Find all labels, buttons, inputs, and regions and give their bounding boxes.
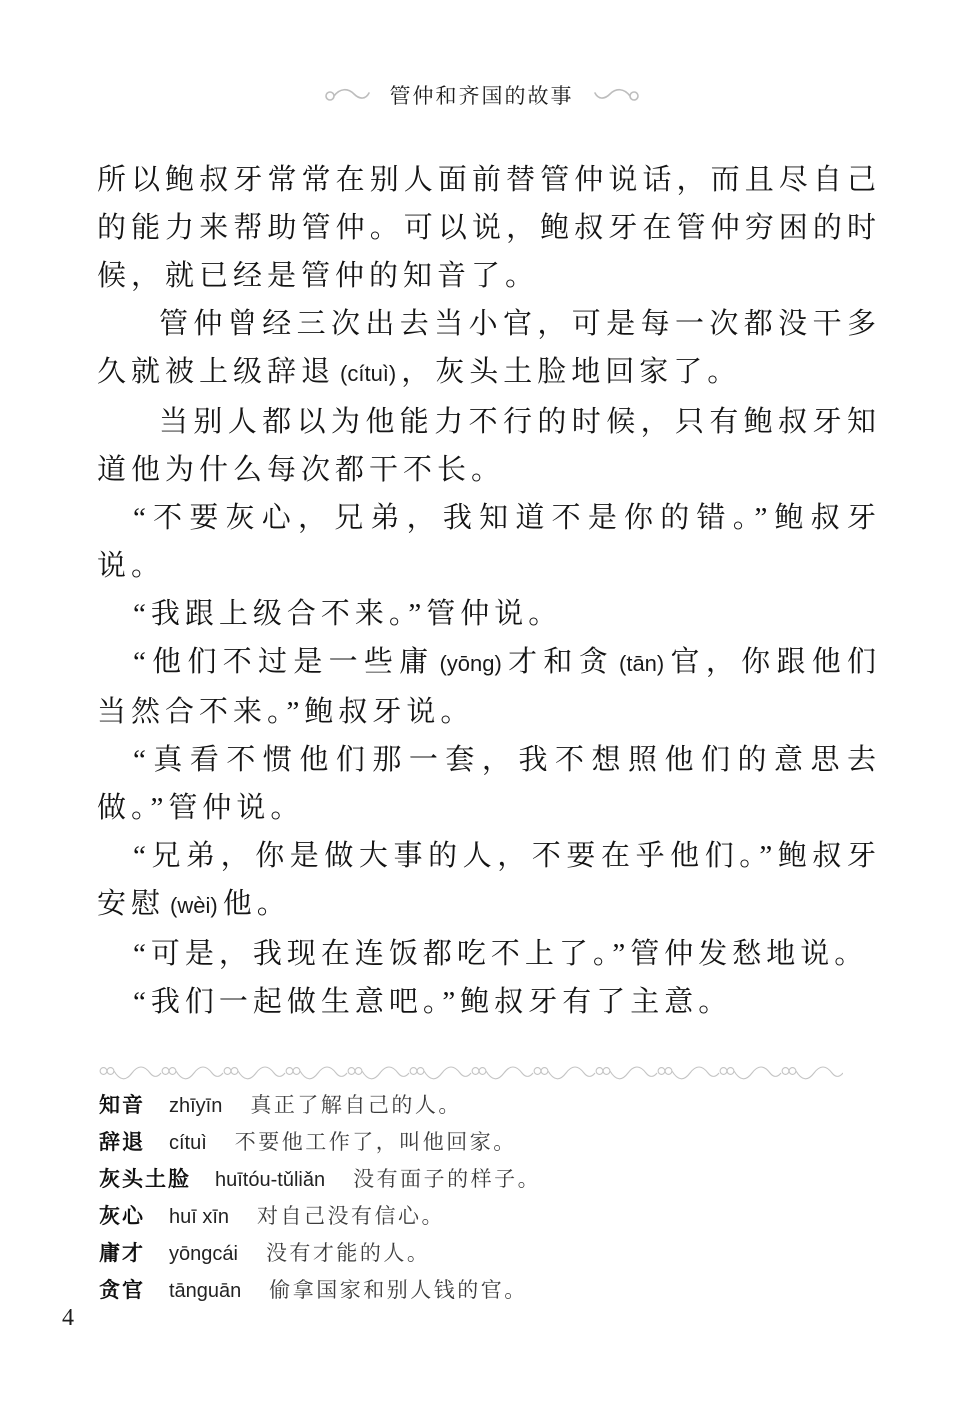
flourish-left-icon (324, 85, 372, 105)
glossary-definition: 真正了解自己的人。 (250, 1093, 462, 1117)
glossary-pinyin: tānguān (169, 1280, 241, 1302)
glossary: 知音zhīyīn真正了解自己的人。 辞退cítuì不要他工作了，叫他回家。 灰头… (99, 1088, 879, 1310)
inline-pinyin: (tān) (619, 651, 664, 676)
glossary-entry: 辞退cítuì不要他工作了，叫他回家。 (99, 1125, 879, 1162)
paragraph-text: ，灰头土脸地回家了。 (401, 356, 741, 388)
glossary-term: 灰心 (99, 1205, 145, 1228)
glossary-entry: 贪官tānguān偷拿国家和别人钱的官。 (99, 1273, 879, 1310)
book-page: 管仲和齐国的故事 所以鲍叔牙常常在别人面前替管仲说话，而且尽自己的能力来帮助管仲… (0, 0, 963, 1401)
glossary-definition: 没有才能的人。 (266, 1241, 431, 1265)
glossary-entry: 庸才yōngcái没有才能的人。 (99, 1236, 879, 1273)
paragraph-text: 所以鲍叔牙常常在别人面前替管仲说话，而且尽自己的能力来帮助管仲。可以说，鲍叔牙在… (97, 164, 881, 292)
glossary-term: 庸才 (99, 1242, 145, 1265)
paragraph-text: “不要灰心，兄弟，我知道不是你的错。”鲍叔牙说。 (97, 502, 881, 582)
inline-pinyin: (yōng) (439, 651, 501, 676)
page-number: 4 (62, 1305, 74, 1332)
glossary-pinyin: yōngcái (169, 1243, 238, 1265)
glossary-term: 知音 (99, 1094, 145, 1117)
glossary-definition: 偷拿国家和别人钱的官。 (269, 1278, 528, 1302)
paragraph-text: “我们一起做生意吧。”鲍叔牙有了主意。 (133, 986, 732, 1018)
page-title: 管仲和齐国的故事 (390, 80, 574, 110)
paragraph-text: 当别人都以为他能力不行的时候，只有鲍叔牙知道他为什么每次都干不长。 (97, 406, 881, 486)
story-paragraph: “可是，我现在连饭都吃不上了。”管仲发愁地说。 (97, 930, 881, 978)
flourish-right-icon (592, 85, 640, 105)
glossary-pinyin: zhīyīn (169, 1095, 222, 1117)
glossary-pinyin: huītóu-tǔliǎn (215, 1169, 325, 1191)
paragraph-text: “他们不过是一些庸 (133, 646, 434, 678)
glossary-term: 辞退 (99, 1131, 145, 1154)
paragraph-text: 他。 (223, 888, 291, 920)
story-paragraph: “兄弟，你是做大事的人，不要在乎他们。”鲍叔牙安慰(wèi)他。 (97, 832, 881, 930)
glossary-entry: 灰心huī xīn对自己没有信心。 (99, 1199, 879, 1236)
paragraph-text: “可是，我现在连饭都吃不上了。”管仲发愁地说。 (133, 938, 868, 970)
story-text: 所以鲍叔牙常常在别人面前替管仲说话，而且尽自己的能力来帮助管仲。可以说，鲍叔牙在… (97, 156, 881, 1026)
story-paragraph: “我跟上级合不来。”管仲说。 (97, 590, 881, 638)
glossary-definition: 没有面子的样子。 (353, 1167, 541, 1191)
glossary-term: 贪官 (99, 1279, 145, 1302)
glossary-entry: 知音zhīyīn真正了解自己的人。 (99, 1088, 879, 1125)
paragraph-text: “我跟上级合不来。”管仲说。 (133, 598, 562, 630)
story-paragraph: 当别人都以为他能力不行的时候，只有鲍叔牙知道他为什么每次都干不长。 (97, 398, 881, 494)
divider-ornament-icon (99, 1062, 843, 1084)
story-paragraph: “他们不过是一些庸(yōng)才和贪(tān)官，你跟他们当然合不来。”鲍叔牙说… (97, 638, 881, 736)
glossary-pinyin: cítuì (169, 1132, 207, 1154)
inline-pinyin: (cítuì) (340, 361, 396, 386)
paragraph-text: 才和贪 (507, 646, 614, 678)
page-header: 管仲和齐国的故事 (0, 80, 963, 110)
story-paragraph: 所以鲍叔牙常常在别人面前替管仲说话，而且尽自己的能力来帮助管仲。可以说，鲍叔牙在… (97, 156, 881, 300)
story-paragraph: “不要灰心，兄弟，我知道不是你的错。”鲍叔牙说。 (97, 494, 881, 590)
story-paragraph: 管仲曾经三次出去当小官，可是每一次都没干多久就被上级辞退(cítuì)，灰头土脸… (97, 300, 881, 398)
glossary-term: 灰头土脸 (99, 1168, 191, 1191)
paragraph-text: “真看不惯他们那一套，我不想照他们的意思去做。”管仲说。 (97, 744, 881, 824)
story-paragraph: “真看不惯他们那一套，我不想照他们的意思去做。”管仲说。 (97, 736, 881, 832)
glossary-definition: 不要他工作了，叫他回家。 (235, 1130, 517, 1154)
story-paragraph: “我们一起做生意吧。”鲍叔牙有了主意。 (97, 978, 881, 1026)
glossary-pinyin: huī xīn (169, 1206, 229, 1228)
glossary-definition: 对自己没有信心。 (257, 1204, 445, 1228)
inline-pinyin: (wèi) (170, 893, 218, 918)
glossary-entry: 灰头土脸huītóu-tǔliǎn没有面子的样子。 (99, 1162, 879, 1199)
